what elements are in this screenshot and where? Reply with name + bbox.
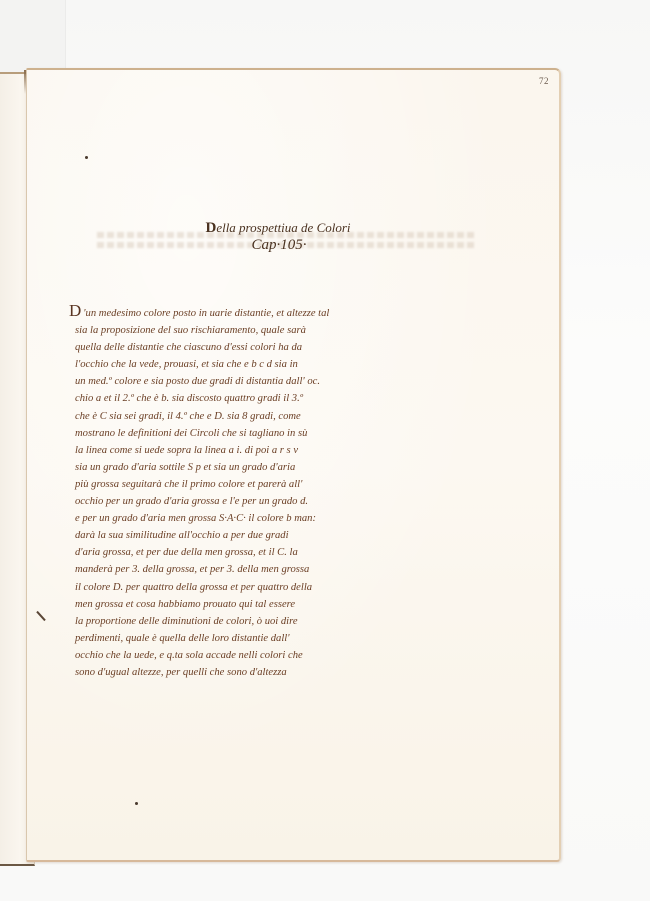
recto-page: 72 Della prospettiua de Colori Cap·105· … <box>26 68 561 862</box>
text-line: l'occhio che la vede, prouasi, et sia ch… <box>75 356 415 373</box>
text-line: sia la proposizione del suo rischiaramen… <box>75 322 415 339</box>
text-line: il colore D. per quattro della grossa et… <box>75 579 415 596</box>
text-line: che è C sia sei gradi, il 4.º che e D. s… <box>75 408 415 425</box>
text-line: men grossa et cosa habbiamo prouato qui … <box>75 596 415 613</box>
margin-ink-mark <box>36 611 46 621</box>
text-line: chio a et il 2.º che è b. sia discosto q… <box>75 390 415 407</box>
text-line: perdimenti, quale è quella delle loro di… <box>75 630 415 647</box>
text-line: sono d'ugual altezze, per quelli che son… <box>75 664 415 681</box>
folio-number: 72 <box>539 76 549 86</box>
text-line: mostrano le definitioni dei Circoli che … <box>75 425 415 442</box>
text-line: D'un medesimo colore posto in uarie dist… <box>69 302 415 322</box>
chapter-heading: Della prospettiua de Colori Cap·105· <box>27 220 559 254</box>
text-line: e per un grado d'aria men grossa S·A·C· … <box>75 510 415 527</box>
title-initial: D <box>205 220 216 236</box>
ink-spot <box>135 802 138 805</box>
text-line: la proportione delle diminutioni de colo… <box>75 613 415 630</box>
text-line: un med.º colore e sia posto due gradi di… <box>75 373 415 390</box>
text-line: più grossa seguitarà che il primo colore… <box>75 476 415 493</box>
chapter-number: Cap·105· <box>0 237 559 254</box>
title-text: ella prospettiua de Colori <box>216 220 350 235</box>
chapter-title: Della prospettiua de Colori <box>0 220 559 237</box>
drop-initial: D <box>69 301 81 320</box>
text-line: darà la sua similitudine all'occhio a pe… <box>75 527 415 544</box>
manuscript-photo: 72 Della prospettiua de Colori Cap·105· … <box>0 0 650 901</box>
text-line: d'aria grossa, et per due della men gros… <box>75 544 415 561</box>
text-line: sia un grado d'aria sottile S p et sia u… <box>75 459 415 476</box>
text-line-content: 'un medesimo colore posto in uarie dista… <box>83 308 329 319</box>
background-board <box>0 0 66 72</box>
text-line: la linea come si uede sopra la linea a i… <box>75 442 415 459</box>
body-paragraph: D'un medesimo colore posto in uarie dist… <box>75 302 415 681</box>
text-line: occhio per un grado d'aria grossa e l'e … <box>75 493 415 510</box>
text-line: quella delle distantie che ciascuno d'es… <box>75 339 415 356</box>
ink-spot <box>85 156 88 159</box>
text-line: occhio che la uede, e q.ta sola accade n… <box>75 647 415 664</box>
text-line: manderà per 3. della grossa, et per 3. d… <box>75 561 415 578</box>
